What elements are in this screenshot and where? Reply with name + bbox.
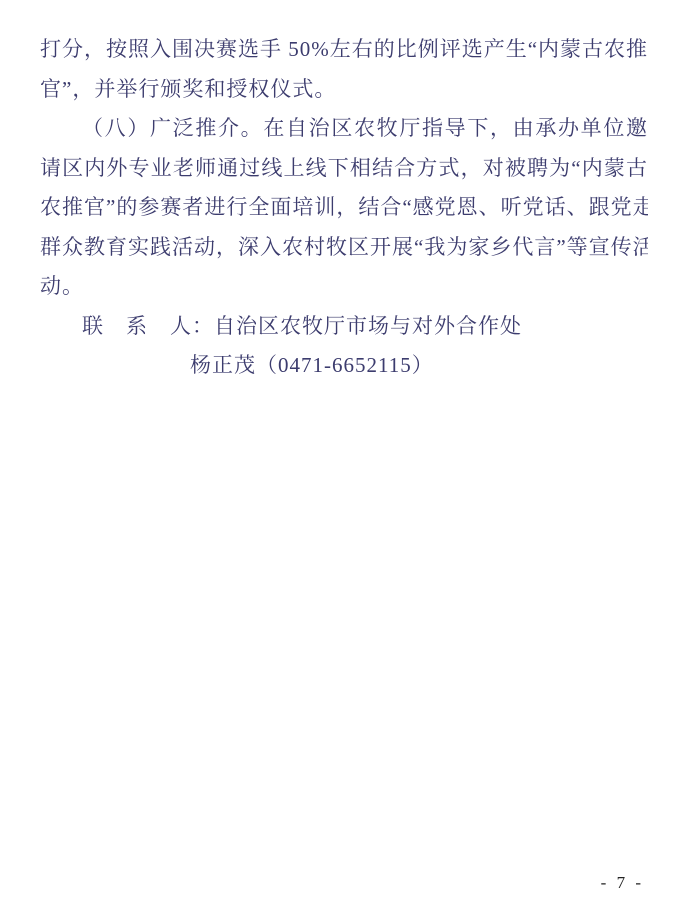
scanned-document-page: 打分，按照入围决赛选手 50%左右的比例评选产生“内蒙古农推 官”，并举行颁奖和…	[0, 0, 684, 907]
page-number: - 7 -	[601, 873, 644, 893]
body-line-6: 群众教育实践活动，深入农村牧区开展“我为家乡代言”等宣传活	[40, 228, 648, 268]
body-line-1: 打分，按照入围决赛选手 50%左右的比例评选产生“内蒙古农推	[40, 30, 648, 70]
contact-phone-line: 杨正茂（0471-6652115）	[40, 346, 648, 386]
body-line-4: 请区内外专业老师通过线上线下相结合方式，对被聘为“内蒙古	[40, 149, 648, 189]
body-line-2: 官”，并举行颁奖和授权仪式。	[40, 70, 648, 110]
contact-person-line: 联 系 人：自治区农牧厅市场与对外合作处	[40, 307, 648, 347]
body-line-5: 农推官”的参赛者进行全面培训，结合“感党恩、听党话、跟党走”	[40, 188, 648, 228]
section-8-heading-line: （八）广泛推介。在自治区农牧厅指导下，由承办单位邀	[40, 109, 648, 149]
document-body: 打分，按照入围决赛选手 50%左右的比例评选产生“内蒙古农推 官”，并举行颁奖和…	[40, 30, 648, 386]
body-line-7: 动。	[40, 267, 648, 307]
